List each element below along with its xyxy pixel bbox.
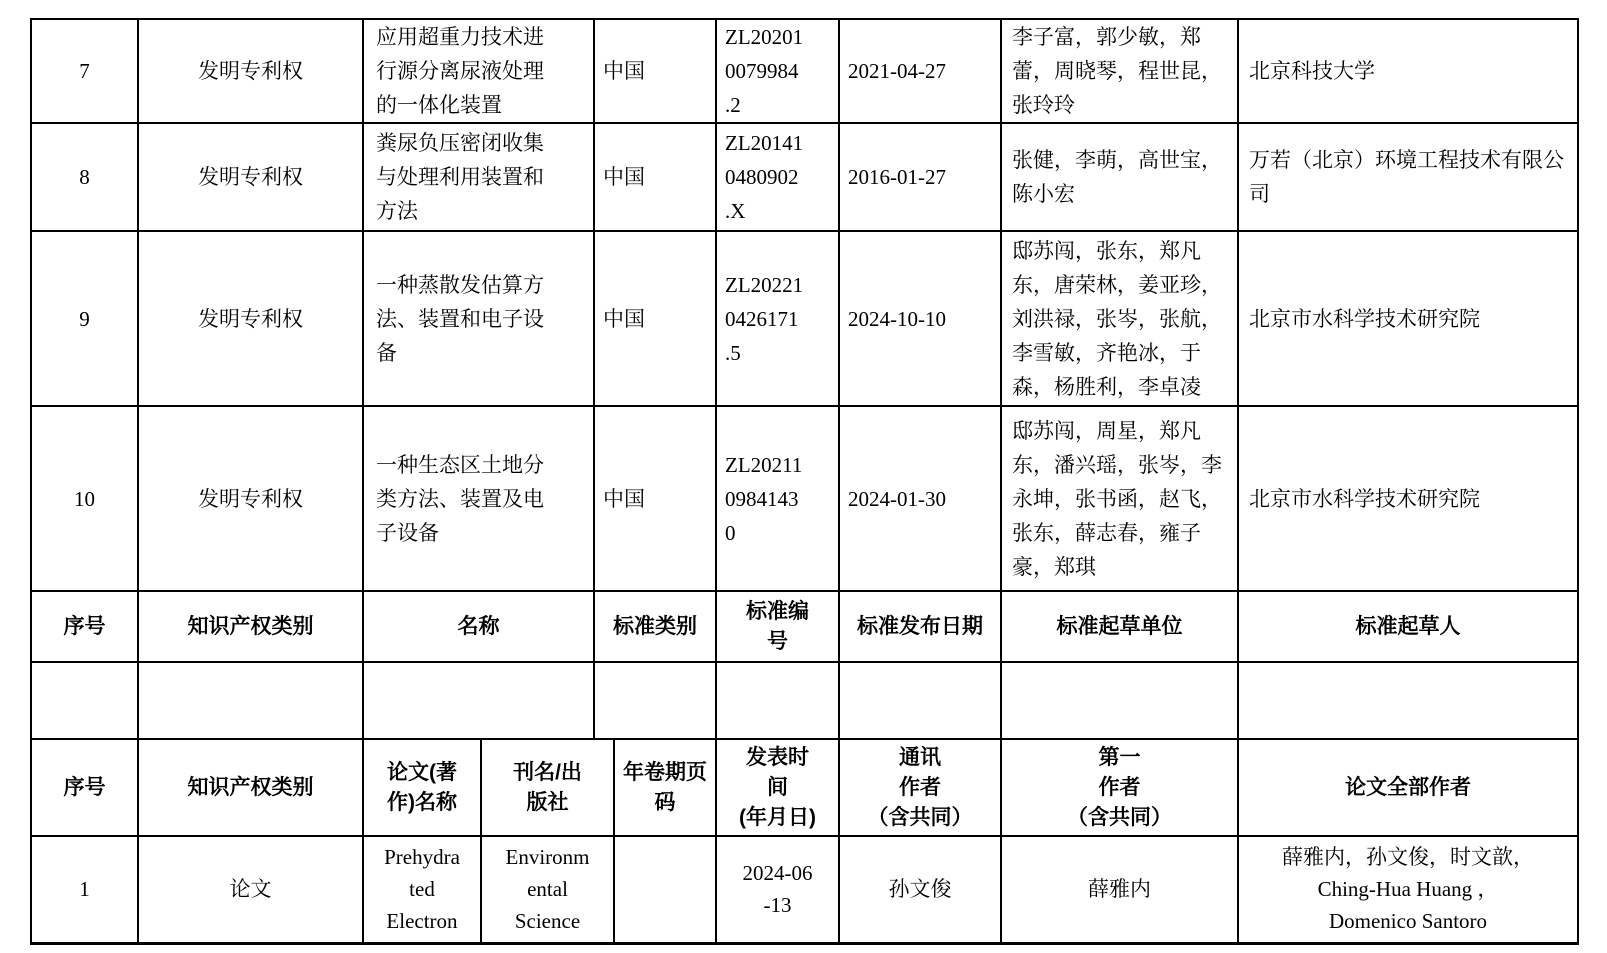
- cell-serial: 9: [31, 231, 138, 406]
- papers-header-first-author: 第一 作者 （含共同）: [1001, 739, 1238, 836]
- empty-cell: [363, 662, 594, 739]
- cell-patentee: 万若（北京）环境工程技术有限公司: [1238, 123, 1578, 231]
- patent-row: 8 发明专利权 粪尿负压密闭收集与处理利用装置和方法 中国 ZL20141 04…: [31, 123, 1578, 231]
- cell-patent-number: ZL20211 0984143 0: [716, 406, 839, 591]
- cell-patent-title: 一种蒸散发估算方法、装置和电子设备: [363, 231, 594, 406]
- papers-header-serial: 序号: [31, 739, 138, 836]
- cell-corresponding-author: 孙文俊: [839, 836, 1001, 943]
- papers-header-journal: 刊名/出 版社: [481, 739, 614, 836]
- cell-category: 发明专利权: [138, 123, 363, 231]
- standards-header-number: 标准编 号: [716, 591, 839, 662]
- papers-header-corresponding-author: 通讯 作者 （含共同）: [839, 739, 1001, 836]
- cell-category: 发明专利权: [138, 231, 363, 406]
- empty-cell: [31, 662, 138, 739]
- cell-country: 中国: [594, 123, 716, 231]
- cell-inventors: 邸苏闯，张东，郑凡东，唐荣林，姜亚珍，刘洪禄，张岑，张航，李雪敏，齐艳冰，于森，…: [1001, 231, 1238, 406]
- cell-serial: 10: [31, 406, 138, 591]
- cell-grant-date: 2021-04-27: [839, 19, 1001, 123]
- standards-header-serial: 序号: [31, 591, 138, 662]
- cell-country: 中国: [594, 231, 716, 406]
- cell-patentee: 北京市水科学技术研究院: [1238, 231, 1578, 406]
- cell-inventors: 邸苏闯，周星，郑凡东，潘兴瑶，张岑，李永坤，张书函，赵飞，张东，薛志春，雍子豪，…: [1001, 406, 1238, 591]
- patents-standards-table: 7 发明专利权 应用超重力技术进行源分离尿液处理的一体化装置 中国 ZL2020…: [30, 18, 1579, 740]
- cell-patent-title: 应用超重力技术进行源分离尿液处理的一体化装置: [363, 19, 594, 123]
- papers-header-volume-pages: 年卷期页 码: [614, 739, 716, 836]
- papers-header-all-authors: 论文全部作者: [1238, 739, 1578, 836]
- papers-header-category: 知识产权类别: [138, 739, 363, 836]
- empty-cell: [716, 662, 839, 739]
- papers-header-publish-date: 发表时 间 (年月日): [716, 739, 839, 836]
- standards-header-drafting-org: 标准起草单位: [1001, 591, 1238, 662]
- cell-serial: 8: [31, 123, 138, 231]
- cell-patentee: 北京市水科学技术研究院: [1238, 406, 1578, 591]
- empty-cell: [839, 662, 1001, 739]
- cell-country: 中国: [594, 19, 716, 123]
- ip-tables: 7 发明专利权 应用超重力技术进行源分离尿液处理的一体化装置 中国 ZL2020…: [30, 18, 1579, 945]
- cell-grant-date: 2024-10-10: [839, 231, 1001, 406]
- standards-header-name: 名称: [363, 591, 594, 662]
- cell-all-authors: 薛雅内，孙文俊，时文歆， Ching-Hua Huang ， Domenico …: [1238, 836, 1578, 943]
- papers-header-title: 论文(著 作)名称: [363, 739, 481, 836]
- patent-row: 9 发明专利权 一种蒸散发估算方法、装置和电子设备 中国 ZL20221 042…: [31, 231, 1578, 406]
- patent-row: 7 发明专利权 应用超重力技术进行源分离尿液处理的一体化装置 中国 ZL2020…: [31, 19, 1578, 123]
- empty-cell: [594, 662, 716, 739]
- empty-cell: [1238, 662, 1578, 739]
- cell-country: 中国: [594, 406, 716, 591]
- cell-publish-date: 2024-06 -13: [716, 836, 839, 943]
- cell-serial: 1: [31, 836, 138, 943]
- cell-patentee: 北京科技大学: [1238, 19, 1578, 123]
- cell-grant-date: 2016-01-27: [839, 123, 1001, 231]
- standards-header-category: 知识产权类别: [138, 591, 363, 662]
- papers-header-row: 序号 知识产权类别 论文(著 作)名称 刊名/出 版社 年卷期页 码 发表时 间…: [31, 739, 1578, 836]
- cell-category: 论文: [138, 836, 363, 943]
- cell-patent-number: ZL20141 0480902 .X: [716, 123, 839, 231]
- papers-table: 序号 知识产权类别 论文(著 作)名称 刊名/出 版社 年卷期页 码 发表时 间…: [30, 738, 1579, 945]
- cell-volume-pages: [614, 836, 716, 943]
- cell-inventors: 李子富，郭少敏，郑蕾，周晓琴，程世昆，张玲玲: [1001, 19, 1238, 123]
- cell-grant-date: 2024-01-30: [839, 406, 1001, 591]
- empty-cell: [138, 662, 363, 739]
- paper-row: 1 论文 Prehydra ted Electron Environm enta…: [31, 836, 1578, 943]
- cell-first-author: 薛雅内: [1001, 836, 1238, 943]
- cell-patent-number: ZL20201 0079984 .2: [716, 19, 839, 123]
- patent-row: 10 发明专利权 一种生态区土地分类方法、装置及电子设备 中国 ZL20211 …: [31, 406, 1578, 591]
- standards-empty-row: [31, 662, 1578, 739]
- cell-journal: Environm ental Science: [481, 836, 614, 943]
- cell-patent-number: ZL20221 0426171 .5: [716, 231, 839, 406]
- standards-header-publish-date: 标准发布日期: [839, 591, 1001, 662]
- cell-patent-title: 一种生态区土地分类方法、装置及电子设备: [363, 406, 594, 591]
- cell-paper-title: Prehydra ted Electron: [363, 836, 481, 943]
- standards-header-drafters: 标准起草人: [1238, 591, 1578, 662]
- cell-patent-title: 粪尿负压密闭收集与处理利用装置和方法: [363, 123, 594, 231]
- cell-category: 发明专利权: [138, 406, 363, 591]
- cell-inventors: 张健，李萌，高世宝，陈小宏: [1001, 123, 1238, 231]
- document-page: 7 发明专利权 应用超重力技术进行源分离尿液处理的一体化装置 中国 ZL2020…: [0, 0, 1607, 953]
- standards-header-type: 标准类别: [594, 591, 716, 662]
- cell-serial: 7: [31, 19, 138, 123]
- cell-category: 发明专利权: [138, 19, 363, 123]
- empty-cell: [1001, 662, 1238, 739]
- standards-header-row: 序号 知识产权类别 名称 标准类别 标准编 号 标准发布日期 标准起草单位 标准…: [31, 591, 1578, 662]
